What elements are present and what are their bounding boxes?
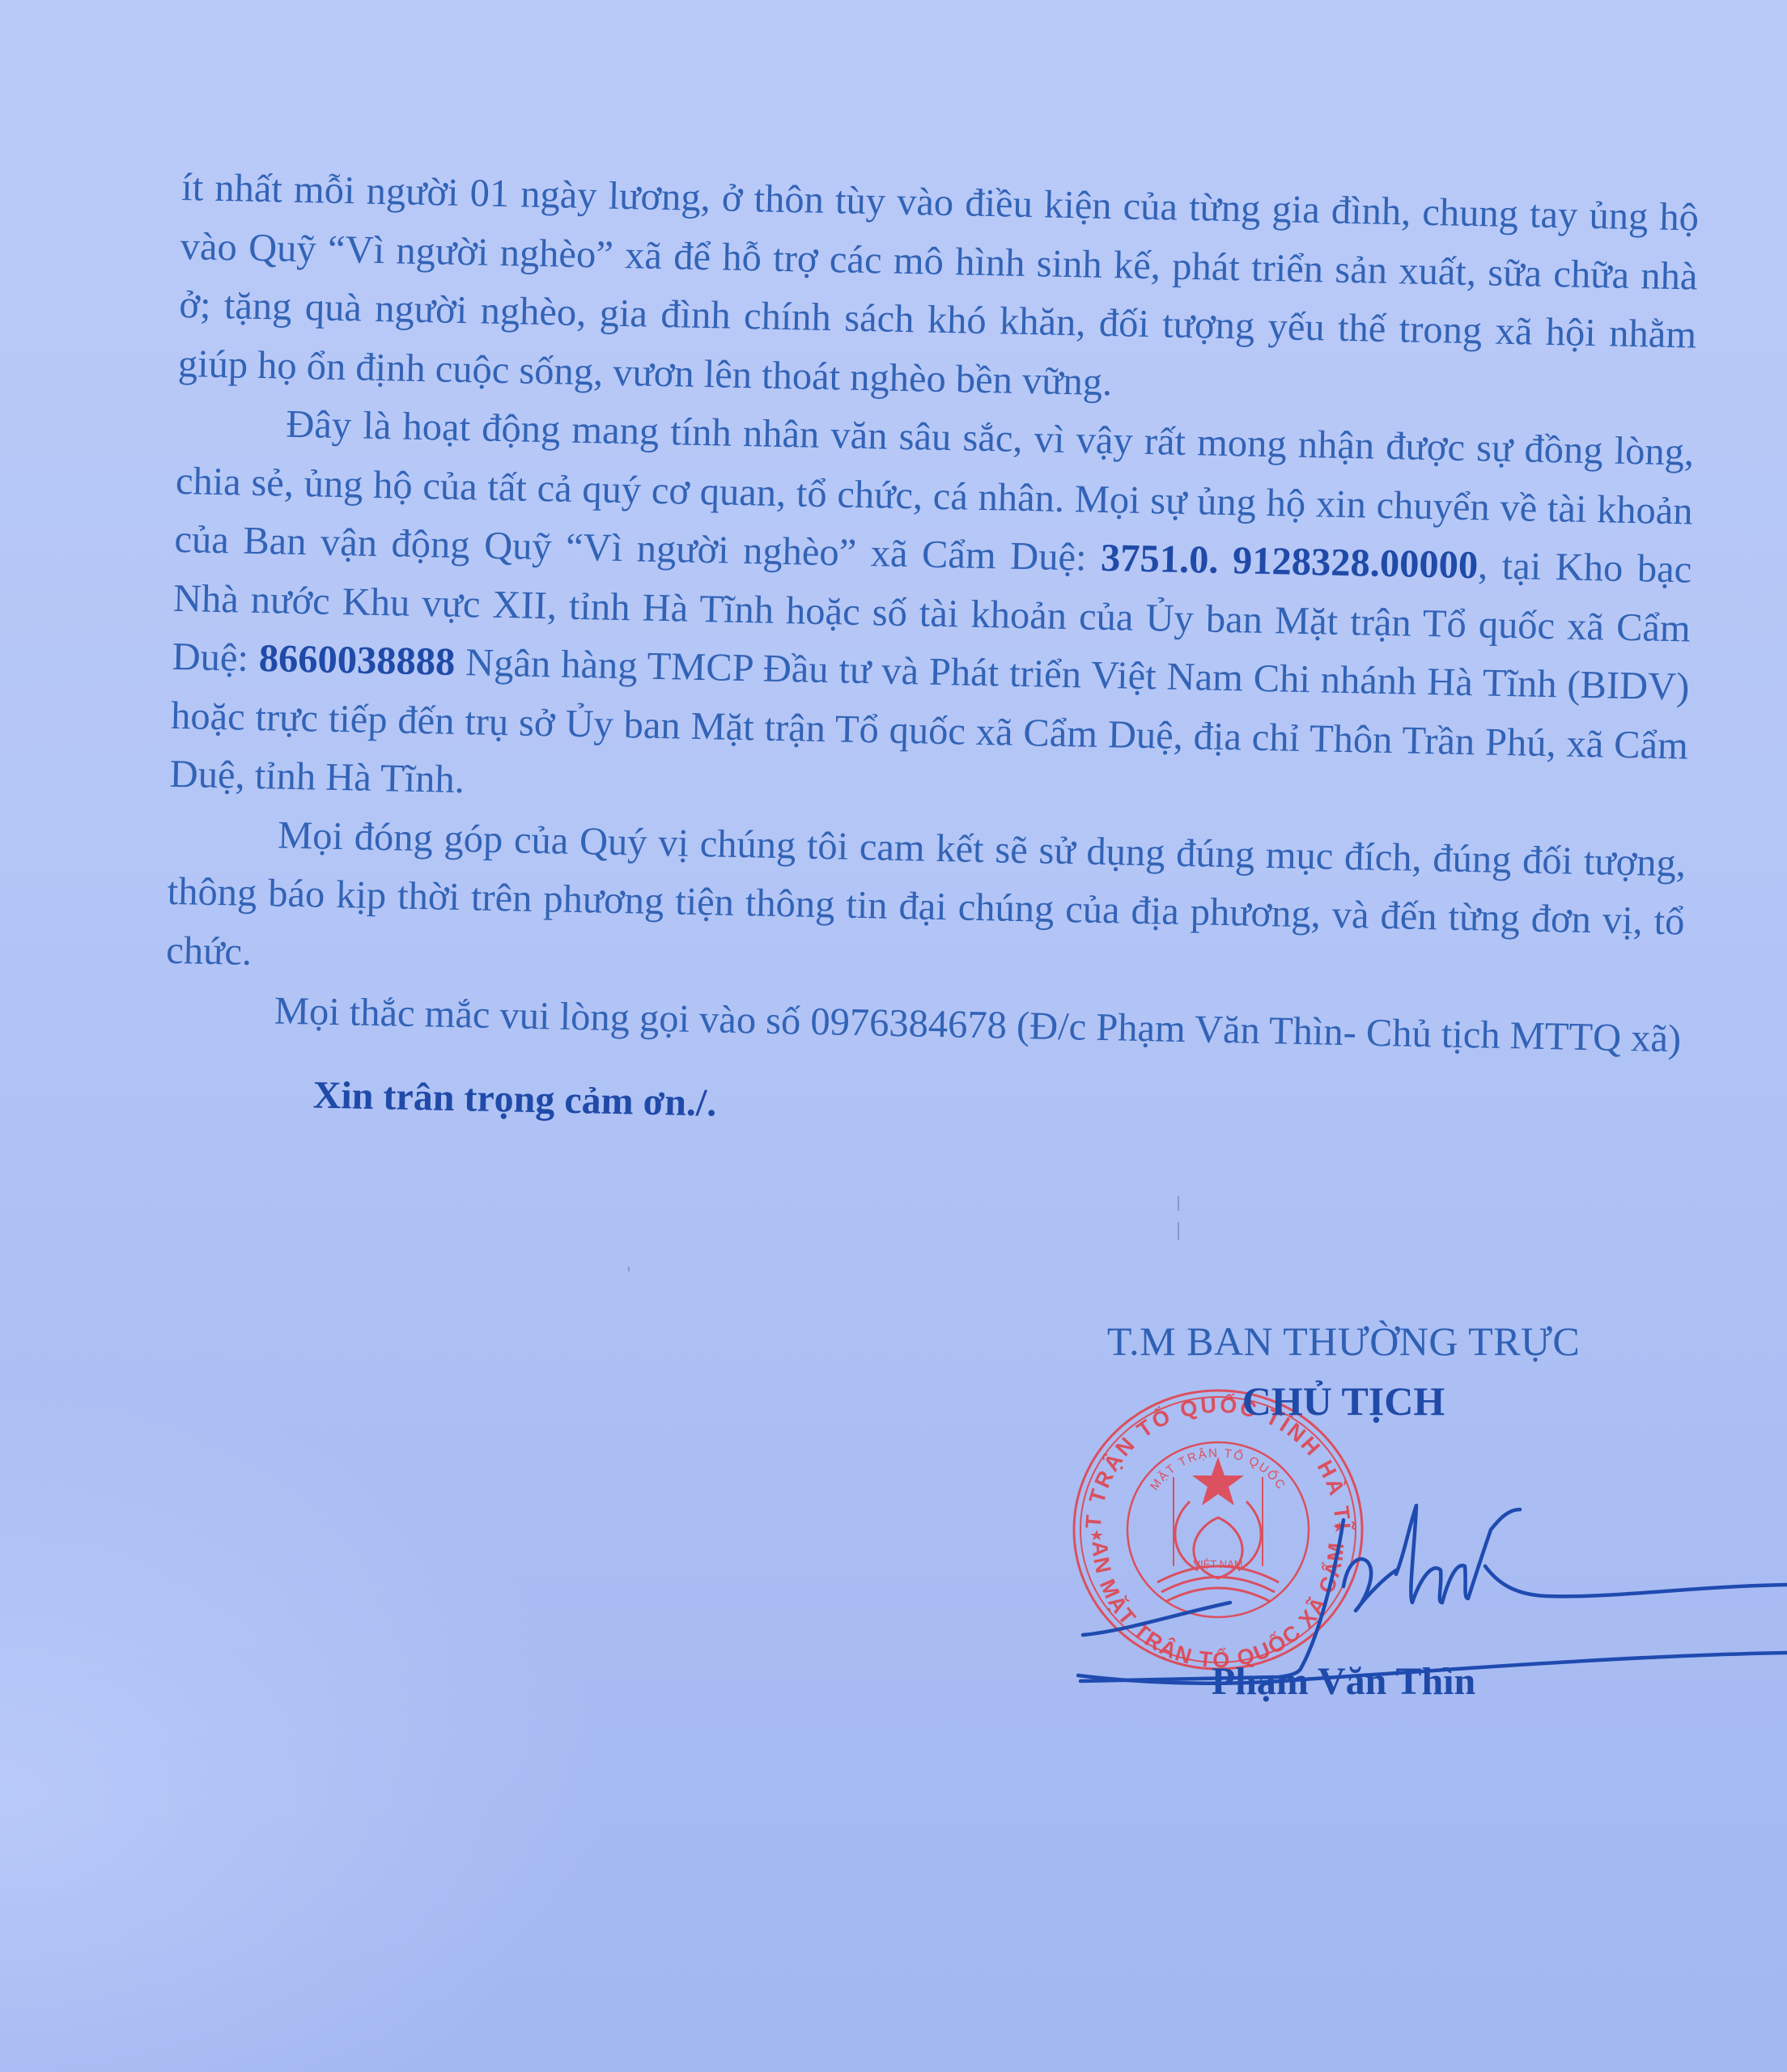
paper-shadow xyxy=(0,1376,615,2072)
signatory-organization: T.M BAN THƯỜNG TRỰC xyxy=(1060,1311,1627,1371)
paper-mark xyxy=(1178,1222,1179,1240)
signature-block: T.M BAN THƯỜNG TRỰC CHỦ TỊCH Phạm Văn Th… xyxy=(1060,1311,1627,1431)
letter-body: ít nhất mỗi người 01 ngày lương, ở thôn … xyxy=(163,159,1699,1152)
account-number: 8660038888 xyxy=(258,637,456,684)
paragraph-3: Mọi đóng góp của Quý vị chúng tôi cam kế… xyxy=(166,804,1687,1010)
paragraph-text: Mọi đóng góp của Quý vị chúng tôi cam kế… xyxy=(166,813,1687,973)
paper-mark xyxy=(1178,1196,1179,1211)
paragraph-1: ít nhất mỗi người 01 ngày lương, ở thôn … xyxy=(177,159,1699,424)
account-number: 3751.0. 9128328.00000 xyxy=(1101,537,1479,587)
signatory-title: CHỦ TỊCH xyxy=(1060,1371,1627,1431)
handwritten-signature xyxy=(1076,1473,1787,1716)
paragraph-text: ít nhất mỗi người 01 ngày lương, ở thôn … xyxy=(177,166,1699,404)
paragraph-2: Đây là hoạt động mang tính nhân văn sâu … xyxy=(169,393,1695,834)
closing-thanks: Xin trân trọng cảm ơn./. xyxy=(312,1066,1681,1152)
paper-mark xyxy=(628,1267,630,1272)
